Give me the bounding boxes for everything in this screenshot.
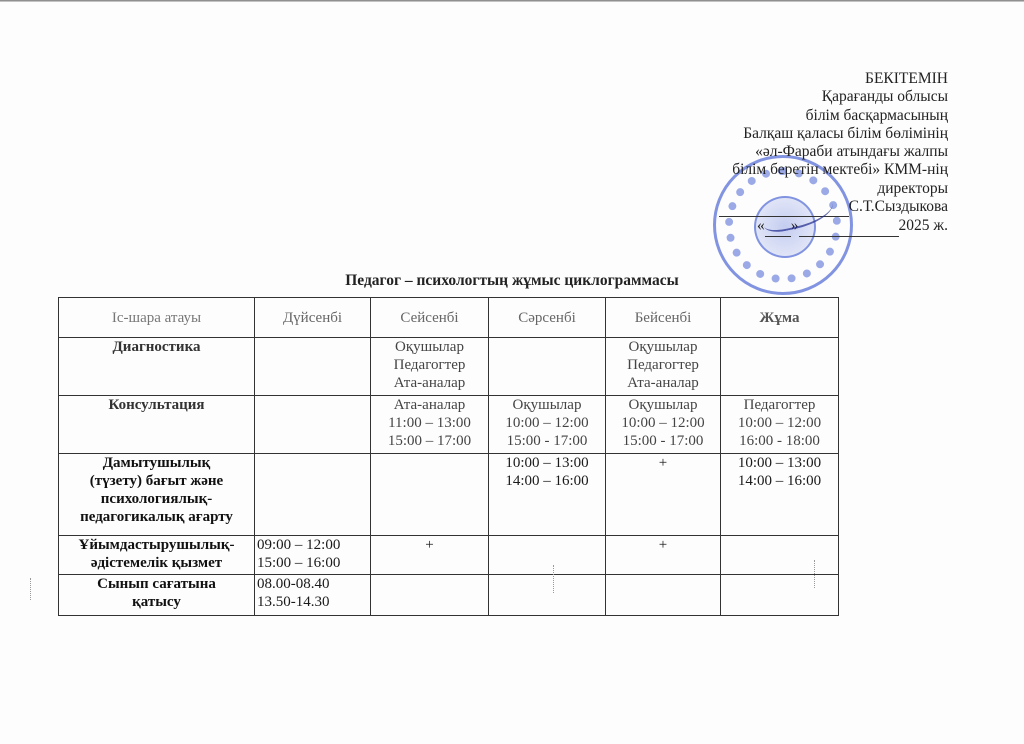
activity-name-line: педагогикалық ағарту: [61, 508, 252, 526]
cell-entry: 15:00 – 17:00: [373, 432, 486, 450]
cell-entry: 10:00 – 12:00: [491, 414, 603, 432]
cell-entry: Педагогтер: [608, 356, 718, 374]
activity-name-line: Дамытушылық: [61, 454, 252, 472]
cell-thursday: Оқушылар10:00 – 12:0015:00 - 17:00: [606, 396, 721, 454]
cell-tuesday: Ата-аналар11:00 – 13:0015:00 – 17:00: [371, 396, 489, 454]
cell-friday: 10:00 – 13:0014:00 – 16:00: [721, 454, 839, 536]
cell-monday: 08.00-08.4013.50-14.30: [255, 575, 371, 616]
cell-friday: [721, 338, 839, 396]
scan-artifact: [30, 578, 32, 600]
cell-entry: Ата-аналар: [373, 374, 486, 392]
approval-line: Қарағанды облысы: [719, 88, 948, 106]
cell-entry: 16:00 - 18:00: [723, 432, 836, 450]
cell-entry: Оқушылар: [491, 396, 603, 414]
cell-thursday: +: [606, 454, 721, 536]
cell-monday: [255, 454, 371, 536]
cell-entry: Ата-аналар: [373, 396, 486, 414]
scan-artifact: [553, 565, 555, 593]
header-friday: Жұма: [721, 298, 839, 338]
approval-line: Балқаш қаласы білім бөлімінің: [719, 125, 948, 143]
cell-entry: 13.50-14.30: [257, 593, 368, 611]
cell-entry: 15:00 - 17:00: [608, 432, 718, 450]
activity-name: Сынып сағатынақатысу: [59, 575, 255, 616]
date-line: « » 2025 ж.: [719, 217, 948, 236]
cell-entry: 10:00 – 13:00: [491, 454, 603, 472]
cell-wednesday: [489, 338, 606, 396]
table-row: КонсультацияАта-аналар11:00 – 13:0015:00…: [59, 396, 839, 454]
table-row: Сынып сағатынақатысу08.00-08.4013.50-14.…: [59, 575, 839, 616]
cell-wednesday: [489, 536, 606, 575]
cell-wednesday: 10:00 – 13:0014:00 – 16:00: [489, 454, 606, 536]
cell-entry: Оқушылар: [608, 338, 718, 356]
approval-line: директоры: [719, 180, 948, 198]
approval-line: білім беретін мектебі» КММ-нің: [719, 161, 948, 179]
signatory-name: С.Т.Сыздыкова: [849, 198, 948, 215]
cell-entry: Оқушылар: [373, 338, 486, 356]
header-tuesday: Сейсенбі: [371, 298, 489, 338]
cell-entry: 15:00 - 17:00: [491, 432, 603, 450]
approval-heading: БЕКІТЕМІН: [719, 70, 948, 88]
activity-name-line: қатысу: [61, 593, 252, 611]
cell-tuesday: +: [371, 536, 489, 575]
cell-entry: 10:00 – 12:00: [608, 414, 718, 432]
activity-name-line: (түзету) бағыт және: [61, 472, 252, 490]
date-year: 2025 ж.: [899, 217, 948, 234]
cyclogram-table: Іс-шара атауы Дүйсенбі Сейсенбі Сәрсенбі…: [58, 297, 839, 616]
activity-name-line: Сынып сағатына: [61, 575, 252, 593]
cell-thursday: ОқушыларПедагогтерАта-аналар: [606, 338, 721, 396]
cell-wednesday: [489, 575, 606, 616]
cell-entry: 14:00 – 16:00: [491, 472, 603, 490]
activity-name: Ұйымдастырушылық-әдістемелік қызмет: [59, 536, 255, 575]
cell-tuesday: [371, 454, 489, 536]
cell-entry: 11:00 – 13:00: [373, 414, 486, 432]
activity-name-line: психологиялық-: [61, 490, 252, 508]
header-wednesday: Сәрсенбі: [489, 298, 606, 338]
activity-name: Консультация: [59, 396, 255, 454]
header-thursday: Бейсенбі: [606, 298, 721, 338]
approval-line: «әл-Фараби атындағы жалпы: [719, 143, 948, 161]
document-title: Педагог – психологтың жұмыс циклограммас…: [0, 272, 1024, 290]
cell-tuesday: ОқушыларПедагогтерАта-аналар: [371, 338, 489, 396]
signature-line: С.Т.Сыздыкова: [719, 198, 948, 217]
cell-entry: Педагогтер: [373, 356, 486, 374]
cell-entry: 10:00 – 12:00: [723, 414, 836, 432]
table-row: Ұйымдастырушылық-әдістемелік қызмет09:00…: [59, 536, 839, 575]
table-header-row: Іс-шара атауы Дүйсенбі Сейсенбі Сәрсенбі…: [59, 298, 839, 338]
cell-entry: Педагогтер: [723, 396, 836, 414]
cell-entry: 14:00 – 16:00: [723, 472, 836, 490]
cell-tuesday: [371, 575, 489, 616]
cell-friday: Педагогтер10:00 – 12:0016:00 - 18:00: [721, 396, 839, 454]
activity-name: Дамытушылық(түзету) бағыт жәнепсихология…: [59, 454, 255, 536]
approval-line: білім басқармасының: [719, 107, 948, 125]
cell-entry: 09:00 – 12:00: [257, 536, 368, 554]
cell-thursday: [606, 575, 721, 616]
cell-wednesday: Оқушылар10:00 – 12:0015:00 - 17:00: [489, 396, 606, 454]
activity-name-line: әдістемелік қызмет: [61, 554, 252, 572]
activity-name: Диагностика: [59, 338, 255, 396]
cell-monday: 09:00 – 12:0015:00 – 16:00: [255, 536, 371, 575]
cell-entry: Оқушылар: [608, 396, 718, 414]
cell-entry: +: [373, 536, 486, 554]
cell-entry: 10:00 – 13:00: [723, 454, 836, 472]
cell-monday: [255, 396, 371, 454]
activity-name-line: Ұйымдастырушылық-: [61, 536, 252, 554]
header-activity: Іс-шара атауы: [59, 298, 255, 338]
cell-friday: [721, 536, 839, 575]
scan-artifact: [814, 560, 816, 588]
table-row: ДиагностикаОқушыларПедагогтерАта-аналарО…: [59, 338, 839, 396]
cell-entry: +: [608, 536, 718, 554]
cell-thursday: +: [606, 536, 721, 575]
approval-block: БЕКІТЕМІН Қарағанды облысы білім басқарм…: [719, 70, 948, 237]
cell-monday: [255, 338, 371, 396]
cell-entry: Ата-аналар: [608, 374, 718, 392]
cell-entry: +: [608, 454, 718, 472]
table-row: Дамытушылық(түзету) бағыт жәнепсихология…: [59, 454, 839, 536]
cell-friday: [721, 575, 839, 616]
cell-entry: 15:00 – 16:00: [257, 554, 368, 572]
scan-edge: [0, 0, 1024, 2]
cell-entry: 08.00-08.40: [257, 575, 368, 593]
header-monday: Дүйсенбі: [255, 298, 371, 338]
